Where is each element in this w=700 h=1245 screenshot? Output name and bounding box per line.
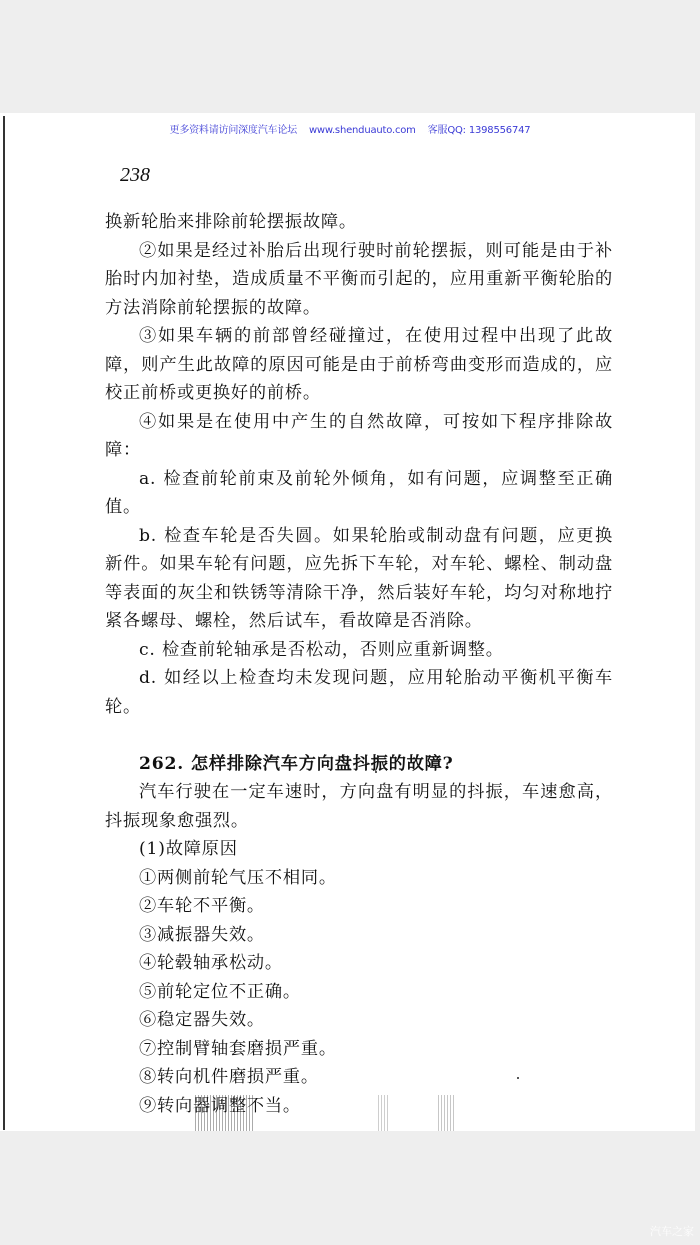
causes-list: (1)故障原因 ①两侧前轮气压不相同。 ②车轮不平衡。 ③减振器失效。 ④轮毂轴… xyxy=(105,835,613,1120)
paragraph: a. 检查前轮前束及前轮外倾角，如有问题，应调整至正确值。 xyxy=(105,465,613,522)
list-item: ⑦控制臂轴套磨损严重。 xyxy=(105,1035,613,1064)
page-header-banner: 更多资料请访问深度汽车论坛www.shenduauto.com客服QQ: 139… xyxy=(0,121,700,136)
watermark-text: 汽车之家 xyxy=(650,1223,694,1239)
subheading: (1)故障原因 xyxy=(105,835,613,864)
header-promo-text: 更多资料请访问深度汽车论坛 xyxy=(170,125,297,136)
paragraph: ②如果是经过补胎后出现行驶时前轮摆振，则可能是由于补胎时内加衬垫，造成质量不平衡… xyxy=(105,237,613,323)
scan-speck xyxy=(517,1077,519,1079)
paragraph: ④如果是在使用中产生的自然故障，可按如下程序排除故障： xyxy=(105,408,613,465)
list-item: ①两侧前轮气压不相同。 xyxy=(105,864,613,893)
list-item: ⑧转向机件磨损严重。 xyxy=(105,1063,613,1092)
scan-noise-artifact xyxy=(438,1095,454,1131)
scan-noise-artifact xyxy=(378,1095,390,1131)
section-heading: 262. 怎样排除汽车方向盘抖振的故障? xyxy=(105,750,613,779)
scan-noise-artifact xyxy=(195,1095,255,1131)
header-url-link[interactable]: www.shenduauto.com xyxy=(309,125,416,136)
paragraph: d. 如经以上检查均未发现问题，应用轮胎动平衡机平衡车轮。 xyxy=(105,664,613,721)
list-item: ④轮毂轴承松动。 xyxy=(105,949,613,978)
page-number: 238 xyxy=(120,164,150,187)
paragraph: c. 检查前轮轴承是否松动，否则应重新调整。 xyxy=(105,636,613,665)
list-item: ⑤前轮定位不正确。 xyxy=(105,978,613,1007)
paragraph: 换新轮胎来排除前轮摆振故障。 xyxy=(105,208,613,237)
paragraph: b. 检查车轮是否失圆。如果轮胎或制动盘有问题，应更换新件。如果车轮有问题，应先… xyxy=(105,522,613,636)
list-item: ③减振器失效。 xyxy=(105,921,613,950)
list-item: ⑥稳定器失效。 xyxy=(105,1006,613,1035)
scan-speck xyxy=(375,771,377,773)
body-text: 换新轮胎来排除前轮摆振故障。 ②如果是经过补胎后出现行驶时前轮摆振，则可能是由于… xyxy=(105,208,613,1120)
page-left-border xyxy=(3,116,5,1130)
list-item: ②车轮不平衡。 xyxy=(105,892,613,921)
header-contact: 客服QQ: 1398556747 xyxy=(428,125,531,136)
list-item: ⑨转向器调整不当。 xyxy=(105,1092,613,1121)
paragraph: ③如果车辆的前部曾经碰撞过，在使用过程中出现了此故障，则产生此故障的原因可能是由… xyxy=(105,322,613,408)
section-intro: 汽车行驶在一定车速时，方向盘有明显的抖振，车速愈高，抖振现象愈强烈。 xyxy=(105,778,613,835)
